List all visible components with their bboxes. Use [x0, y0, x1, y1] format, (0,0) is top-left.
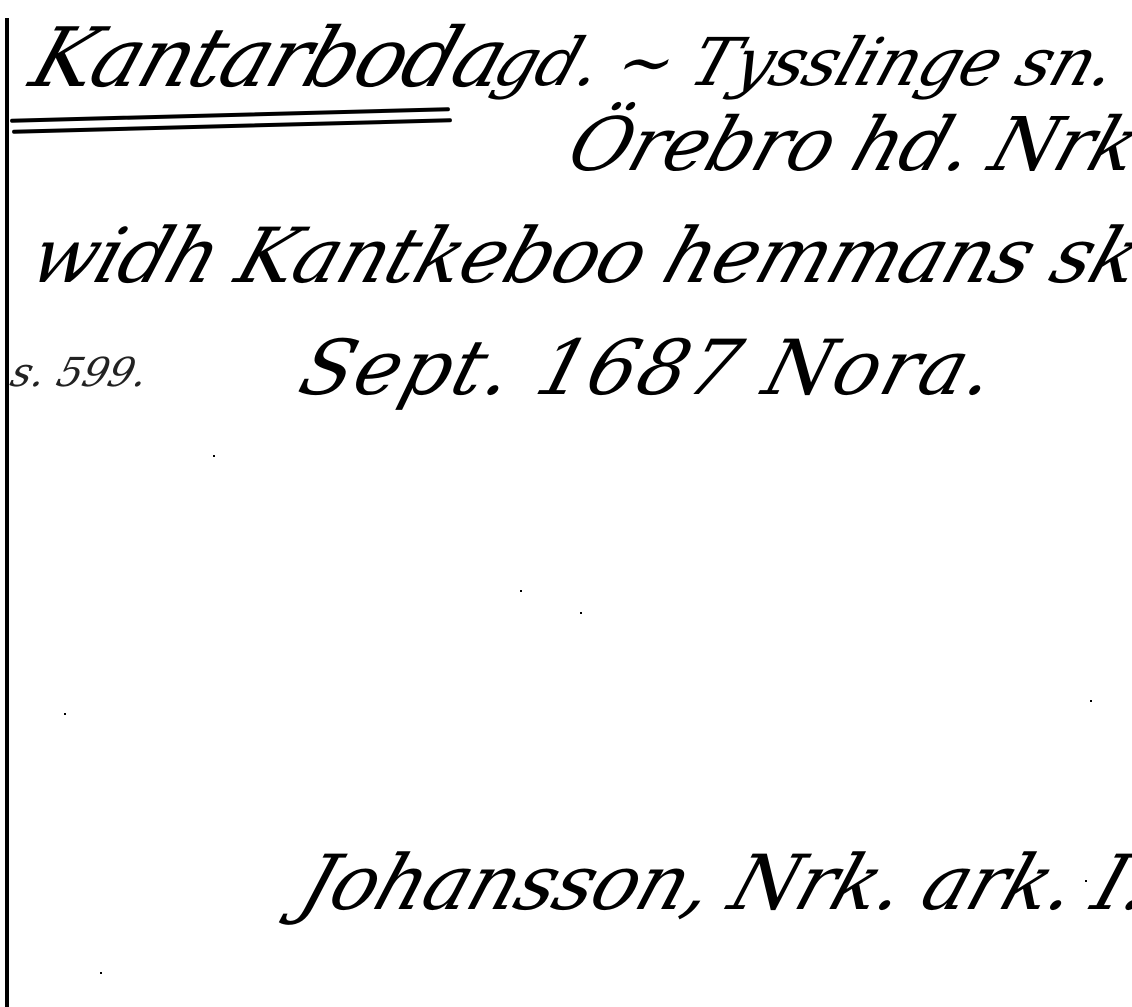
- source-reference: Johansson, Nrk. ark. I.: [292, 845, 1132, 921]
- context-line: widh Kantkeboo hemmans skog: [22, 218, 1132, 294]
- archive-card: Kantarboda gd. ~ Tysslinge sn. Örebro hd…: [0, 0, 1132, 1007]
- ink-speck: [580, 612, 582, 614]
- place-name-heading: Kantarboda: [22, 18, 516, 100]
- ink-speck: [100, 972, 102, 974]
- ink-speck: [1090, 700, 1092, 702]
- ink-speck: [64, 713, 66, 715]
- ink-speck: [520, 590, 522, 592]
- card-left-border-line: [5, 18, 9, 1007]
- ink-speck: [1085, 880, 1087, 882]
- district-line: Örebro hd. Nrk.: [560, 108, 1132, 182]
- date-place-line: Sept. 1687 Nora.: [292, 330, 1006, 406]
- ink-speck: [213, 455, 215, 457]
- heading-parish: gd. ~ Tysslinge sn.: [486, 30, 1125, 96]
- page-reference-note: s. 599.: [6, 350, 153, 396]
